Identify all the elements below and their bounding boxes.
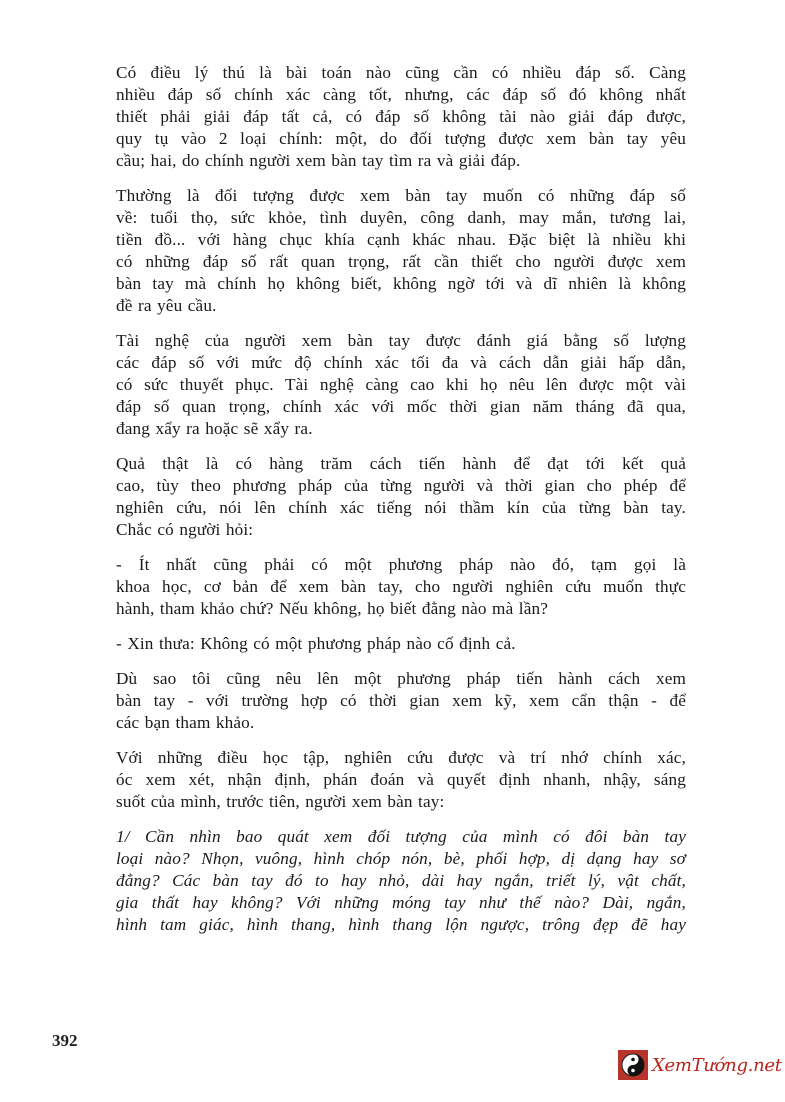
text-line: hành, tham khảo chứ? Nếu không, họ biết … bbox=[86, 598, 686, 620]
text-line: 1/ Cần nhìn bao quát xem đối tượng của m… bbox=[86, 826, 686, 848]
yin-yang-icon bbox=[618, 1050, 648, 1080]
text-line: - Xin thưa: Không có một phương pháp nào… bbox=[86, 633, 686, 655]
paragraph: - Xin thưa: Không có một phương pháp nào… bbox=[86, 633, 686, 655]
paragraph: Tài nghệ của người xem bàn tay được đánh… bbox=[86, 330, 686, 440]
text-line: nghiên cứu, nói lên chính xác tiếng nói … bbox=[86, 497, 686, 519]
text-line: đáp số quan trọng, chính xác với mốc thờ… bbox=[86, 396, 686, 418]
paragraph: 1/ Cần nhìn bao quát xem đối tượng của m… bbox=[86, 826, 686, 936]
text-line: các bạn tham khảo. bbox=[86, 712, 686, 734]
text-line: tiền đồ... với hàng chục khía cạnh khác … bbox=[86, 229, 686, 251]
text-line: Có điều lý thú là bài toán nào cũng cần … bbox=[86, 62, 686, 84]
text-line: các đáp số với mức độ chính xác tối đa v… bbox=[86, 352, 686, 374]
text-line: gia thất hay không? Với những móng tay n… bbox=[86, 892, 686, 914]
text-line: có sức thuyết phục. Tài nghệ càng cao kh… bbox=[86, 374, 686, 396]
text-line: có những đáp số rất quan trọng, rất cần … bbox=[86, 251, 686, 273]
text-line: cao, tùy theo phương pháp của từng người… bbox=[86, 475, 686, 497]
text-line: loại nào? Nhọn, vuông, hình chóp nón, bè… bbox=[86, 848, 686, 870]
text-line: Tài nghệ của người xem bàn tay được đánh… bbox=[86, 330, 686, 352]
text-line: suốt của mình, trước tiên, người xem bàn… bbox=[86, 791, 686, 813]
page-number: 392 bbox=[52, 1031, 78, 1051]
text-line: về: tuổi thọ, sức khỏe, tình duyên, công… bbox=[86, 207, 686, 229]
text-line: bàn tay mà chính họ không biết, không ng… bbox=[86, 273, 686, 295]
text-line: đề ra yêu cầu. bbox=[86, 295, 686, 317]
paragraph: Quả thật là có hàng trăm cách tiến hành … bbox=[86, 453, 686, 541]
text-line: nhiều đáp số chính xác càng tốt, nhưng, … bbox=[86, 84, 686, 106]
watermark-text: XemTướng.net bbox=[652, 1055, 782, 1076]
paragraph: Với những điều học tập, nghiên cứu được … bbox=[86, 747, 686, 813]
text-line: cầu; hai, do chính người xem bàn tay tìm… bbox=[86, 150, 686, 172]
text-line: bàn tay - với trường hợp có thời gian xe… bbox=[86, 690, 686, 712]
text-line: óc xem xét, nhận định, phán đoán và quyế… bbox=[86, 769, 686, 791]
text-line: Với những điều học tập, nghiên cứu được … bbox=[86, 747, 686, 769]
text-line: đang xẩy ra hoặc sẽ xẩy ra. bbox=[86, 418, 686, 440]
page-body: Có điều lý thú là bài toán nào cũng cần … bbox=[86, 62, 686, 949]
text-line: Dù sao tôi cũng nêu lên một phương pháp … bbox=[86, 668, 686, 690]
paragraph: - Ít nhất cũng phải có một phương pháp n… bbox=[86, 554, 686, 620]
text-line: Chắc có người hỏi: bbox=[86, 519, 686, 541]
paragraph: Dù sao tôi cũng nêu lên một phương pháp … bbox=[86, 668, 686, 734]
text-line: - Ít nhất cũng phải có một phương pháp n… bbox=[86, 554, 686, 576]
text-line: đẳng? Các bàn tay đó to hay nhỏ, dài hay… bbox=[86, 870, 686, 892]
paragraph: Thường là đối tượng được xem bàn tay muố… bbox=[86, 185, 686, 317]
text-line: quy tụ vào 2 loại chính: một, do đối tượ… bbox=[86, 128, 686, 150]
text-line: thiết phải giải đáp tất cả, có đáp số kh… bbox=[86, 106, 686, 128]
text-line: khoa học, cơ bản để xem bàn tay, cho ngư… bbox=[86, 576, 686, 598]
text-line: hình tam giác, hình thang, hình thang lộ… bbox=[86, 914, 686, 936]
text-line: Thường là đối tượng được xem bàn tay muố… bbox=[86, 185, 686, 207]
text-line: Quả thật là có hàng trăm cách tiến hành … bbox=[86, 453, 686, 475]
watermark-logo: XemTướng.net bbox=[618, 1050, 782, 1080]
paragraph: Có điều lý thú là bài toán nào cũng cần … bbox=[86, 62, 686, 172]
